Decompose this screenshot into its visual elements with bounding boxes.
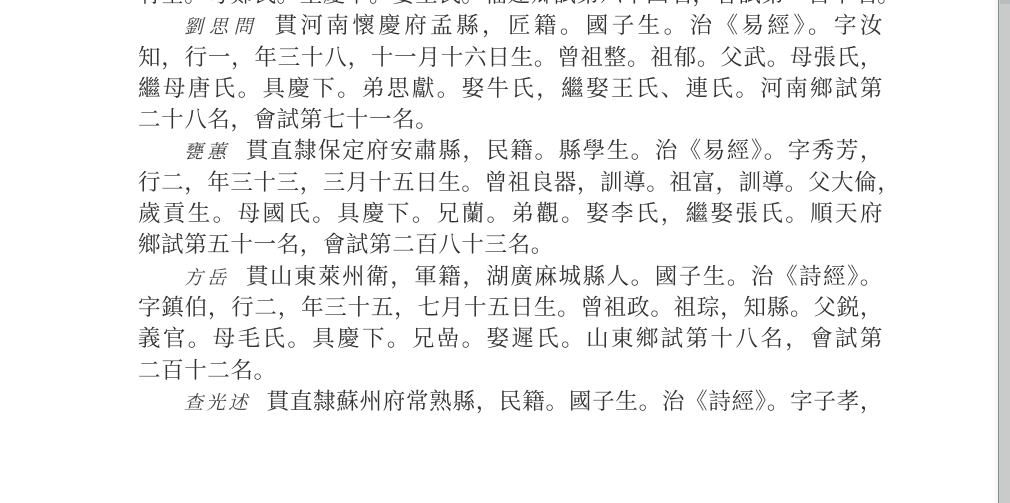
entry-line: 二百十二名。 (138, 356, 883, 387)
entry-line: 繼母唐氏。具慶下。弟思獻。娶牛氏，繼娶王氏、連氏。河南鄉試第 (138, 74, 883, 105)
person-name: 方岳 (184, 267, 230, 289)
entry-heading-line: 查光述貫直隸蘇州府常熟縣，民籍。國子生。治《詩經》。字子孝， (138, 387, 883, 418)
person-name: 查光述 (184, 392, 250, 414)
entry-heading-line: 甕蕙貫直隸保定府安肅縣，民籍。縣學生。治《易經》。字秀芳， (138, 136, 883, 167)
scrollbar-thumb[interactable] (1000, 0, 1010, 4)
entry-heading-line: 方岳貫山東萊州衛，軍籍，湖廣麻城縣人。國子生。治《詩經》。 (138, 262, 883, 293)
entry-line: 二十八名，會試第七十一名。 (138, 105, 883, 136)
vertical-scrollbar[interactable] (998, 0, 1010, 503)
person-name: 劉思問 (184, 16, 259, 38)
entry-text: 貫直隸蘇州府常熟縣，民籍。國子生。治《詩經》。字子孝， (266, 389, 883, 415)
entry-line: 知，行一，年三十八，十一月十六日生。曾祖整。祖郁。父武。母張氏， (138, 43, 883, 74)
person-name: 甕蕙 (184, 141, 230, 163)
entry-text: 貫直隸保定府安肅縣，民籍。縣學生。治《易經》。字秀芳， (246, 138, 883, 164)
partial-line: 有堂。母鄭氏。重慶下。娶王氏。福建鄉試第六十四名，會試第一百十名。 (138, 0, 883, 11)
entry-text: 貫河南懷慶府孟縣，匠籍。國子生。治《易經》。字汝 (275, 13, 883, 39)
entry-line: 義官。母毛氏。具慶下。兄嵒。娶遲氏。山東鄉試第十八名，會試第 (138, 324, 883, 355)
document-page: 有堂。母鄭氏。重慶下。娶王氏。福建鄉試第六十四名，會試第一百十名。 劉思問貫河南… (0, 0, 998, 503)
entry-line: 行二，年三十三，三月十五日生。曾祖良器，訓導。祖富，訓導。父大倫， (138, 168, 883, 199)
entry-line: 歲貢生。母國氏。具慶下。兄蘭。弟觀。娶李氏，繼娶張氏。順天府 (138, 199, 883, 230)
document-text: 有堂。母鄭氏。重慶下。娶王氏。福建鄉試第六十四名，會試第一百十名。 劉思問貫河南… (138, 0, 883, 418)
entry-line: 鄉試第五十一名，會試第二百八十三名。 (138, 230, 883, 261)
entry-text: 貫山東萊州衛，軍籍，湖廣麻城縣人。國子生。治《詩經》。 (246, 264, 883, 290)
entry-heading-line: 劉思問貫河南懷慶府孟縣，匠籍。國子生。治《易經》。字汝 (138, 11, 883, 42)
entry-line: 字鎮伯，行二，年三十五，七月十五日生。曾祖政。祖琮，知縣。父鋭， (138, 293, 883, 324)
